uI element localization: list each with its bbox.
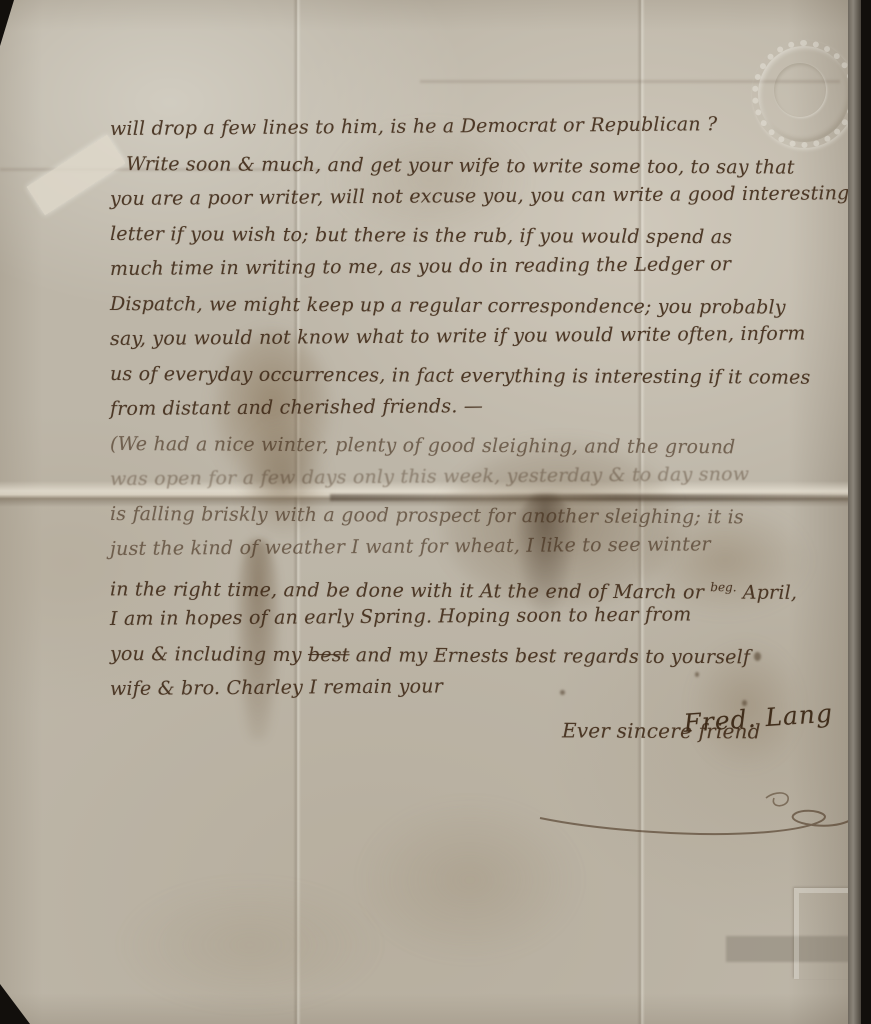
second-page-edge: [848, 0, 861, 1024]
letter-page: will drop a few lines to him, is he a De…: [0, 0, 848, 1024]
letter-line: just the kind of weather I want for whea…: [110, 526, 850, 567]
letter-line: I am in hopes of an early Spring. Hoping…: [110, 596, 850, 637]
letter-line: wife & bro. Charley I remain your: [110, 666, 850, 707]
scanner-background: [861, 0, 871, 1024]
letter-line: from distant and cherished friends. —: [110, 386, 850, 427]
line-text: you & including my: [110, 643, 308, 666]
struck-word: best: [308, 644, 350, 666]
line-text: and my Ernests best regards to yourself: [349, 644, 750, 668]
letter-line-faded: was open for a few days only this week, …: [110, 456, 850, 497]
letter-line: much time in writing to me, as you do in…: [110, 246, 850, 287]
letter-line: will drop a few lines to him, is he a De…: [110, 106, 850, 147]
stain: [120, 880, 380, 1010]
letter-line: say, you would not know what to write if…: [110, 316, 850, 357]
letter-body: will drop a few lines to him, is he a De…: [110, 112, 850, 781]
letter-line: you are a poor writer, will not excuse y…: [110, 176, 850, 217]
signature-flourish: [538, 788, 858, 844]
scanned-letter: will drop a few lines to him, is he a De…: [0, 0, 871, 1024]
inserted-word: beg.: [710, 580, 736, 594]
